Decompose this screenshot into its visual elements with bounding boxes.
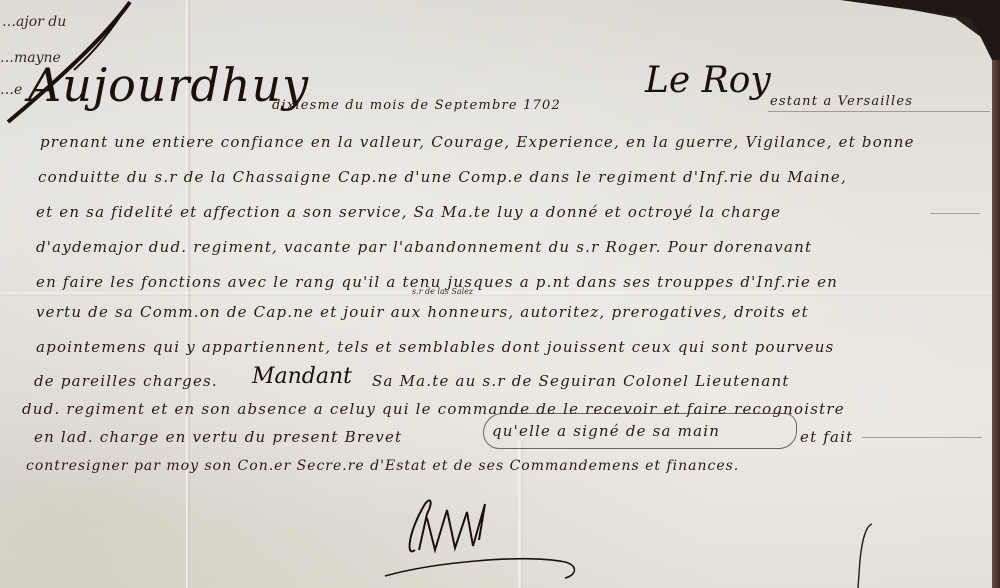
text-line-9-rest: Sa Ma.te au s.r de Seguiran Colonel Lieu… — [372, 372, 790, 390]
line-filler — [930, 213, 980, 214]
date-text: dixiesme du mois de Septembre 1702 — [272, 98, 561, 113]
text-line-11-rest: et fait — [800, 428, 853, 446]
mandant-heading: Mandant — [252, 364, 352, 389]
line-filler — [768, 111, 990, 112]
text-line-9: de pareilles charges. — [34, 372, 218, 390]
place-text: estant a Versailles — [770, 94, 913, 109]
interlinear-note: s.r de las Salez — [412, 287, 473, 296]
secretary-signature-stroke — [850, 520, 890, 588]
text-line-7: vertu de sa Comm.on de Cap.ne et jouir a… — [36, 303, 809, 321]
text-line-2: prenant une entiere confiance en la vall… — [40, 133, 915, 151]
text-line-8: apointemens qui y appartiennent, tels et… — [36, 338, 834, 356]
text-line-3: conduitte du s.r de la Chassaigne Cap.ne… — [38, 168, 847, 186]
encircled-phrase: qu'elle a signé de sa main — [492, 422, 720, 440]
le-roy-heading: Le Roy — [645, 60, 771, 101]
line-filler — [862, 437, 982, 438]
opening-word: Aujourdhuy — [28, 58, 309, 112]
text-line-5: d'aydemajor dud. regiment, vacante par l… — [36, 238, 812, 256]
text-line-4: et en sa fidelité et affection a son ser… — [36, 203, 781, 221]
text-line-11: en lad. charge en vertu du present Breve… — [34, 428, 402, 446]
royal-signature — [375, 490, 595, 580]
text-line-12: contresigner par moy son Con.er Secre.re… — [26, 458, 739, 474]
